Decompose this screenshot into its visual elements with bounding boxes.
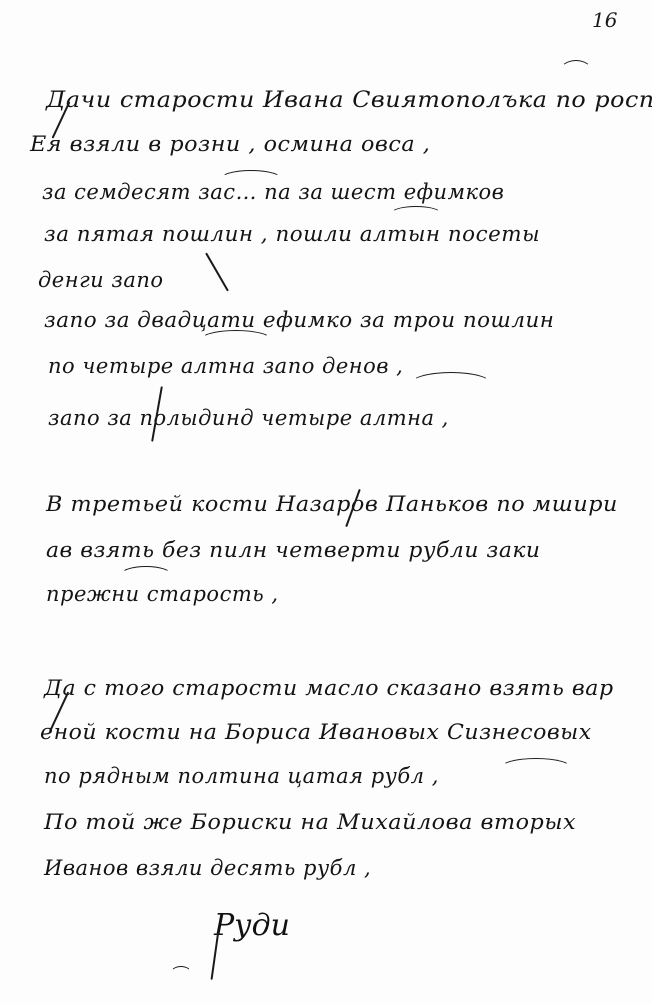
manuscript-line: за пятая пошлин , пошли алтын посеты: [44, 222, 540, 246]
manuscript-line: прежни старость ,: [46, 582, 279, 606]
manuscript-line: по четыре алтна запо денов ,: [48, 354, 403, 378]
flourish-stroke: [120, 566, 172, 584]
manuscript-line: запо за полыдинд четыре алтна ,: [48, 406, 449, 430]
manuscript-line: денги запо: [38, 268, 164, 292]
descender-stroke: [205, 252, 229, 291]
manuscript-line: еной кости на Бориса Ивановых Сизнесовых: [40, 720, 592, 744]
manuscript-line: Дачи старости Ивана Свиятополъка по росп…: [46, 88, 652, 113]
flourish-stroke: [410, 372, 492, 396]
flourish-stroke: [200, 330, 272, 350]
flourish-stroke: [390, 206, 442, 222]
flourish-stroke: [560, 60, 592, 82]
manuscript-page: 16 Дачи старости Ивана Свиятополъка по р…: [0, 0, 652, 1004]
flourish-stroke: [170, 966, 192, 982]
manuscript-line: ав взять без пилн четверти рубли заки: [46, 538, 541, 562]
manuscript-line: Иванов взяли десять рубл ,: [44, 856, 371, 880]
manuscript-line: Ея взяли в розни , осмина овса ,: [30, 132, 430, 156]
flourish-stroke: [220, 170, 282, 188]
flourish-stroke: [500, 758, 572, 778]
manuscript-line: запо за двадцати ефимко за трои пошлин: [44, 308, 554, 332]
manuscript-line: Да с того старости масло сказано взять в…: [44, 676, 614, 700]
manuscript-line: по рядным полтина цатая рубл ,: [44, 764, 439, 788]
folio-number: 16: [592, 8, 617, 32]
manuscript-line: В третьей кости Назаров Паньков по мшири: [46, 492, 618, 516]
signature: Руди: [214, 908, 290, 943]
manuscript-line: По той же Бориски на Михайлова вторых: [44, 810, 576, 834]
